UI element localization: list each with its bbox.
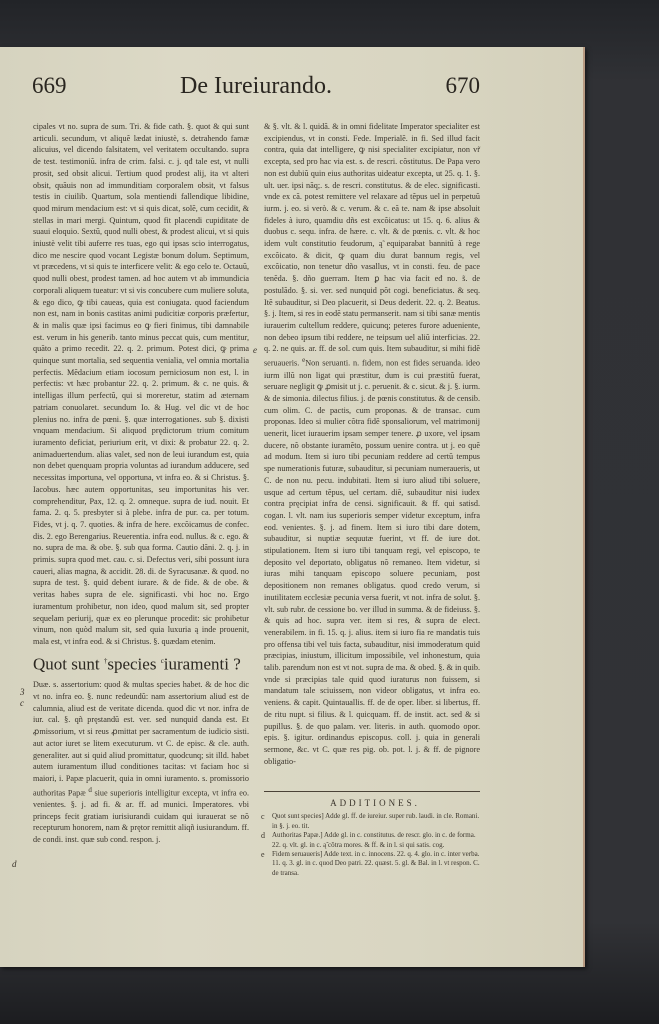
addition-lemma: Fidem seruaueris]	[272, 850, 322, 858]
page-header: 669 De Iureiurando. 670	[32, 73, 480, 107]
additions-section: ADDITIONES. c Quot sunt species] Adde gl…	[264, 799, 486, 878]
margin-letter-c: c	[20, 698, 24, 708]
paragraph-text: Non seruanti. n. fidem, non est fides se…	[264, 359, 480, 766]
additions-divider	[264, 791, 480, 792]
folio-number-right: 670	[446, 73, 481, 99]
addition-letter: c	[261, 812, 265, 821]
right-column: & §. vlt. & l. quidã. & in omni fidelita…	[264, 121, 480, 767]
heading-text: species	[107, 654, 156, 673]
heading-text: iuramenti ?	[164, 654, 241, 673]
left-paragraph-2: Duæ. s. assertorium: quod & multas speci…	[33, 679, 249, 846]
margin-number-3: 3	[20, 687, 25, 697]
paragraph-text: & §. vlt. & l. quidã. & in omni fidelita…	[264, 122, 480, 368]
left-paragraph-1: cipales vt no. supra de sum. Tri. & fide…	[33, 121, 249, 648]
running-title: De Iureiurando.	[32, 73, 480, 100]
margin-letter-d: d	[12, 859, 17, 869]
addition-item: d Authoritas Papæ.] Adde gl. in c. const…	[264, 831, 486, 850]
heading-text: Quot sunt	[33, 654, 100, 673]
additions-title: ADDITIONES.	[264, 799, 486, 808]
addition-item: c Quot sunt species] Adde gl. ff. de iur…	[264, 812, 486, 831]
addition-letter: d	[261, 831, 265, 840]
left-column: cipales vt no. supra de sum. Tri. & fide…	[33, 121, 249, 846]
addition-lemma: Authoritas Papæ.]	[272, 831, 323, 839]
margin-letter-e: e	[253, 345, 257, 355]
addition-item: e Fidem seruaueris] Adde text. in c. inn…	[264, 850, 486, 878]
addition-lemma: Quot sunt species]	[272, 812, 324, 820]
addition-letter: e	[261, 850, 265, 859]
section-heading: Quot sunt †species ciuramenti ?	[33, 650, 249, 676]
note-mark-d: d	[88, 786, 92, 794]
right-paragraph: & §. vlt. & l. quidã. & in omni fidelita…	[264, 121, 480, 767]
paragraph-text: Duæ. s. assertorium: quod & multas speci…	[33, 680, 249, 797]
book-page: 669 De Iureiurando. 670 cipales vt no. s…	[0, 47, 585, 967]
